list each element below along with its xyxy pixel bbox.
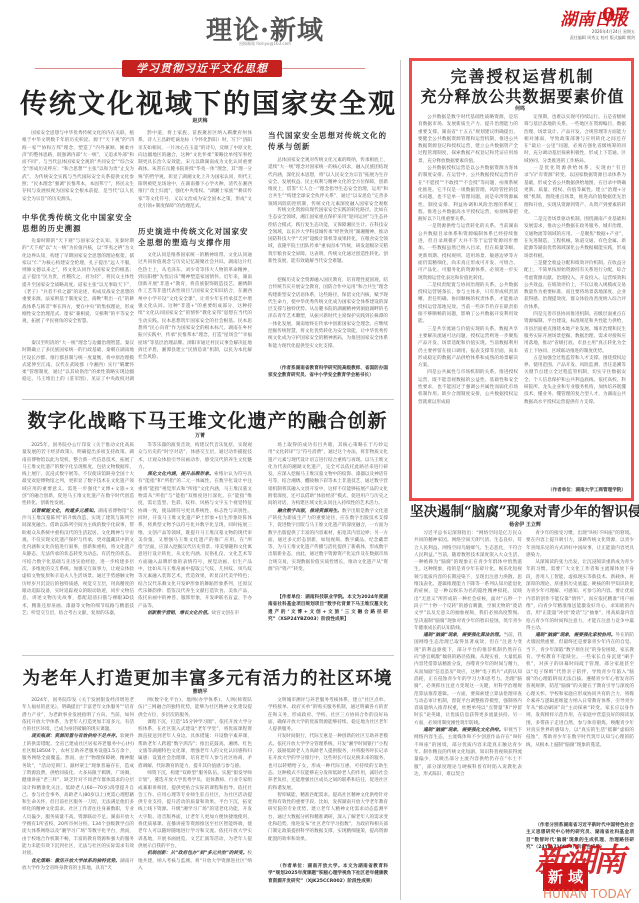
article1-col2-bottom: 文化认同是维系国家统一的精神纽带。文化认同通过共同价值观念与历史记忆凝聚社会共识… bbox=[138, 252, 252, 384]
article2-col2: 定预期，也难以实现可持续运行。五是省级统筹与基层落地的关系。一些地区在资源编目、… bbox=[524, 114, 626, 486]
article3-col3: 场上取得的成功有目共睹，其核心策略在于巧妙运用“文化转译”与“符号消费”，通过这… bbox=[268, 442, 388, 594]
watermark-english: HUNAN TODAY bbox=[543, 887, 631, 901]
article2-author-note: （作者单位：湖南大学工商管理学院） bbox=[524, 487, 626, 496]
divider-rule-2 bbox=[22, 655, 394, 656]
article1-byline: 赵庆梅 bbox=[150, 117, 250, 124]
article5-headline: 为老年人打造更加丰富多元有活力的社区环境 bbox=[20, 665, 395, 690]
editor-credits: 责任编辑 周秀文 校对 版式编辑 熊剑 bbox=[540, 35, 635, 41]
article5-col2: 网(数字化平台)、地网(办学体系)、人网(师资队伍)”三网融合的独特优势，能够为… bbox=[138, 697, 252, 900]
article4-col2: 青少年的接受习惯，出现“叫好不叫座”的窘境。要在内容上提升吸引力，深耕传统文化资… bbox=[526, 530, 634, 822]
column-divider bbox=[400, 60, 401, 900]
article5-author-note: （作者单位：湖南开放大学。本文为湖南省教育科学“规划2025年度课题”积极心理学… bbox=[268, 863, 388, 901]
article4-col1: 习近平总书记深刻指出：“网络空间是亿万民众共同的精神家园。网络空间天朗气清、生态… bbox=[414, 530, 522, 900]
article5-col1: 2024年，国务院印发《关于发展银发经济增进老年人福祉的意见》，明确提出“丰富老… bbox=[22, 697, 134, 900]
article3-col1: 2025年，国务院办公厅印发《关于推动文化高质量发展的若干经济政策》，明确提出多… bbox=[22, 442, 134, 630]
article1-col2-top: 黔中道，将土家族、苗族聚居区纳入羁縻府州体系。诗人王昌龄贬谪龙标（今怀化黔阳）时… bbox=[138, 130, 252, 225]
article3-col2: 等等乐器的演奏音效，构建汉代音乐复原，实现观众与历史的“时空对话”，体感交互层，… bbox=[138, 442, 252, 630]
article1-col3-top: 总体国家安全观对传统文化元素的吸纳，传承根底上，延续“大一统”理念对国家统一的核… bbox=[268, 157, 388, 207]
article1-col3-mid: 传统文化资源向现代国家安全实践的转化路径。比如在生态安全领域，湘江国家重点保护采… bbox=[268, 207, 388, 277]
article1-subhead-3: 当代国家安全思想对传统文化的传承与创新 bbox=[268, 130, 388, 152]
article2-byline: 何鸣 bbox=[490, 105, 550, 112]
article2-col1: 公共数据是数字时代基础性战略资源，是培育数据市场、发展新质生产力、提升治理能力的… bbox=[418, 114, 518, 499]
article5-col3: 文明城市测评与养老服务考核体系，建立“社区点单、学校接单、政府买单”的购买服务机… bbox=[268, 697, 388, 862]
article1-headline: 传统文化视域下的国家安全观 bbox=[20, 82, 390, 121]
article3-author-note: 【作者单位：湖南科技职业学院。本文为2024年度湖南省社科基金项目规划项目“数字… bbox=[268, 594, 388, 632]
section-email: 投稿邮箱 llxinyu@163.com bbox=[205, 41, 325, 47]
article3-byline: 万菁 bbox=[175, 432, 225, 439]
article1-subhead-1: 中华优秀传统文化中国家安全思想的历史溯源 bbox=[22, 212, 134, 234]
article2-headline-line2: 充分释放公共数据要素价值 bbox=[415, 84, 630, 107]
article1-author-note: （作者系湖南省教育科学研究院高级教师、省国防办国家安全教育研究员、省中小学安全教… bbox=[268, 365, 388, 387]
article1-subhead-2: 历史演进中传统文化对国家安全思想的塑造与支撑作用 bbox=[138, 226, 252, 248]
article1-col1-bottom: 秦汉至明清的“大一统”理念与边疆治理智慧。秦汉时期确立了多民族国家统一的行政基础… bbox=[22, 340, 134, 384]
page-number: 07 bbox=[602, 4, 628, 26]
article5-byline: 曹晓平 bbox=[170, 688, 230, 695]
article4-headline: 坚决遏制“脑腐”现象对青少年的智识侵蚀 bbox=[410, 500, 638, 520]
article1-col3-bottom: 挖掘历史安全资源融入国民教育，培育理性爱国观。结合传统节庆开展安全教育，国防合作… bbox=[268, 277, 388, 365]
divider-rule bbox=[22, 399, 394, 400]
page-masthead: 理论·新域 投稿邮箱 llxinyu@163.com 湖南日报 07 2026年… bbox=[0, 0, 639, 55]
article1-col1-top: 国家安全思想与中华优秀传统文化的内在关联，植根于中华文明数千年的历史积淀。源于“… bbox=[22, 130, 134, 210]
article4-byline: 杨舍伊 王立辉 bbox=[480, 521, 570, 528]
article1-col1-mid: 先秦时期的“天下观”与国家安全认知。先秦时期的“天下观”以“大一统”为价值内核，… bbox=[22, 238, 134, 340]
xinhunan-watermark: 新湖南 新 域 HUNAN TODAY bbox=[535, 835, 635, 903]
column-kicker: 学习贯彻习近平文化思想 bbox=[122, 60, 282, 77]
article3-headline: 数字化战略下马王堆文化遗产的融合创新 bbox=[20, 406, 395, 433]
